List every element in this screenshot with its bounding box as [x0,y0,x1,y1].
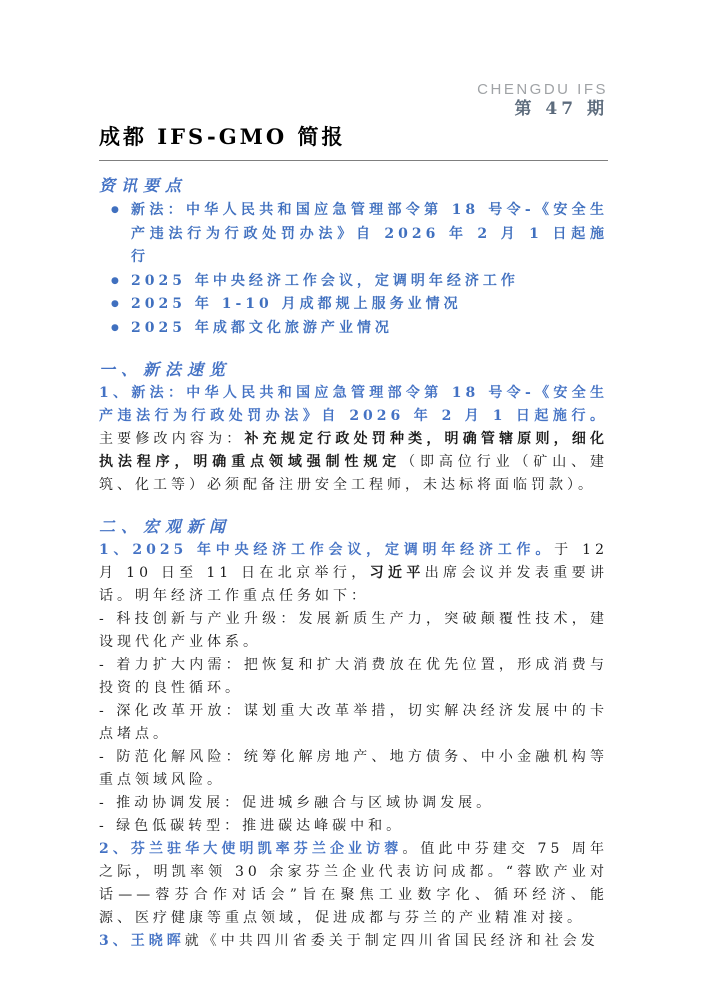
section-macro-news: 二、宏观新闻 1、2025 年中央经济工作会议，定调明年经济工作。于 12 月 … [99,516,608,953]
highlights-section: 资讯要点 新法：中华人民共和国应急管理部令第 18 号令-《安全生产违法行为行政… [99,175,608,340]
highlights-heading: 资讯要点 [99,175,608,197]
document-page: CHENGDU IFS 第 47 期 成都 IFS-GMO 简报 资讯要点 新法… [0,0,707,999]
brand-wordmark: CHENGDU IFS [99,82,608,98]
paragraph: 3、王晓晖就《中共四川省委关于制定四川省国民经济和社会发 [99,930,608,953]
dash-item-text: - 防范化解风险：统筹化解房地产、地方债务、中小金融机构等重点领域风险。 [99,749,608,788]
highlight-item: 新法：中华人民共和国应急管理部令第 18 号令-《安全生产违法行为行政处罚办法》… [99,199,608,270]
dash-item: - 推动协调发展：促进城乡融合与区域协调发展。 [99,792,608,815]
dash-item: - 绿色低碳转型：推进碳达峰碳中和。 [99,815,608,838]
paragraph-lead: 1、新法：中华人民共和国应急管理部令第 18 号令-《安全生产违法行为行政处罚办… [99,385,608,424]
paragraph: 1、新法：中华人民共和国应急管理部令第 18 号令-《安全生产违法行为行政处罚办… [99,382,608,497]
highlight-item-text: 2025 年中央经济工作会议，定调明年经济工作 [131,273,519,289]
dash-item: - 科技创新与产业升级：发展新质生产力，突破颠覆性技术，建设现代化产业体系。 [99,608,608,654]
paragraph-bold-text: 习近平 [370,565,425,581]
dash-item: - 防范化解风险：统筹化解房地产、地方债务、中小金融机构等重点领域风险。 [99,746,608,792]
highlight-item: 2025 年 1-10 月成都规上服务业情况 [99,293,608,317]
dash-item-text: - 绿色低碳转型：推进碳达峰碳中和。 [99,818,404,834]
dash-item: - 着力扩大内需：把恢复和扩大消费放在优先位置，形成消费与投资的良性循环。 [99,654,608,700]
title-divider [99,160,608,161]
issue-number: 第 47 期 [99,98,608,120]
dash-item-text: - 推动协调发展：促进城乡融合与区域协调发展。 [99,795,494,811]
paragraph-lead: 3、王晓晖 [99,933,185,949]
page-header: CHENGDU IFS 第 47 期 成都 IFS-GMO 简报 [99,82,608,161]
highlight-item-text: 新法：中华人民共和国应急管理部令第 18 号令-《安全生产违法行为行政处罚办法》… [131,202,608,265]
paragraph-lead: 2、芬兰驻华大使明凯率芬兰企业访蓉 [99,841,402,857]
paragraph: 2、芬兰驻华大使明凯率芬兰企业访蓉。值此中芬建交 75 周年之际，明凯率领 30… [99,838,608,930]
paragraph-lead: 1、2025 年中央经济工作会议，定调明年经济工作。 [99,542,554,558]
document-title: 成都 IFS-GMO 简报 [99,123,608,151]
highlight-item-text: 2025 年成都文化旅游产业情况 [131,320,393,336]
section-heading: 二、宏观新闻 [99,516,608,538]
dash-item: - 深化改革开放：谋划重大改革举措，切实解决经济发展中的卡点堵点。 [99,700,608,746]
highlight-item: 2025 年成都文化旅游产业情况 [99,317,608,341]
highlight-item-text: 2025 年 1-10 月成都规上服务业情况 [131,296,462,312]
highlights-list: 新法：中华人民共和国应急管理部令第 18 号令-《安全生产违法行为行政处罚办法》… [99,199,608,340]
section-heading: 一、新法速览 [99,359,608,381]
dash-item-text: - 深化改革开放：谋划重大改革举措，切实解决经济发展中的卡点堵点。 [99,703,608,742]
dash-item-text: - 科技创新与产业升级：发展新质生产力，突破颠覆性技术，建设现代化产业体系。 [99,611,608,650]
section-new-law: 一、新法速览 1、新法：中华人民共和国应急管理部令第 18 号令-《安全生产违法… [99,359,608,497]
dash-item-text: - 着力扩大内需：把恢复和扩大消费放在优先位置，形成消费与投资的良性循环。 [99,657,608,696]
highlight-item: 2025 年中央经济工作会议，定调明年经济工作 [99,270,608,294]
paragraph-text: 就《中共四川省委关于制定四川省国民经济和社会发 [185,933,599,949]
paragraph: 1、2025 年中央经济工作会议，定调明年经济工作。于 12 月 10 日至 1… [99,539,608,608]
paragraph-text: 主要修改内容为： [99,431,244,447]
